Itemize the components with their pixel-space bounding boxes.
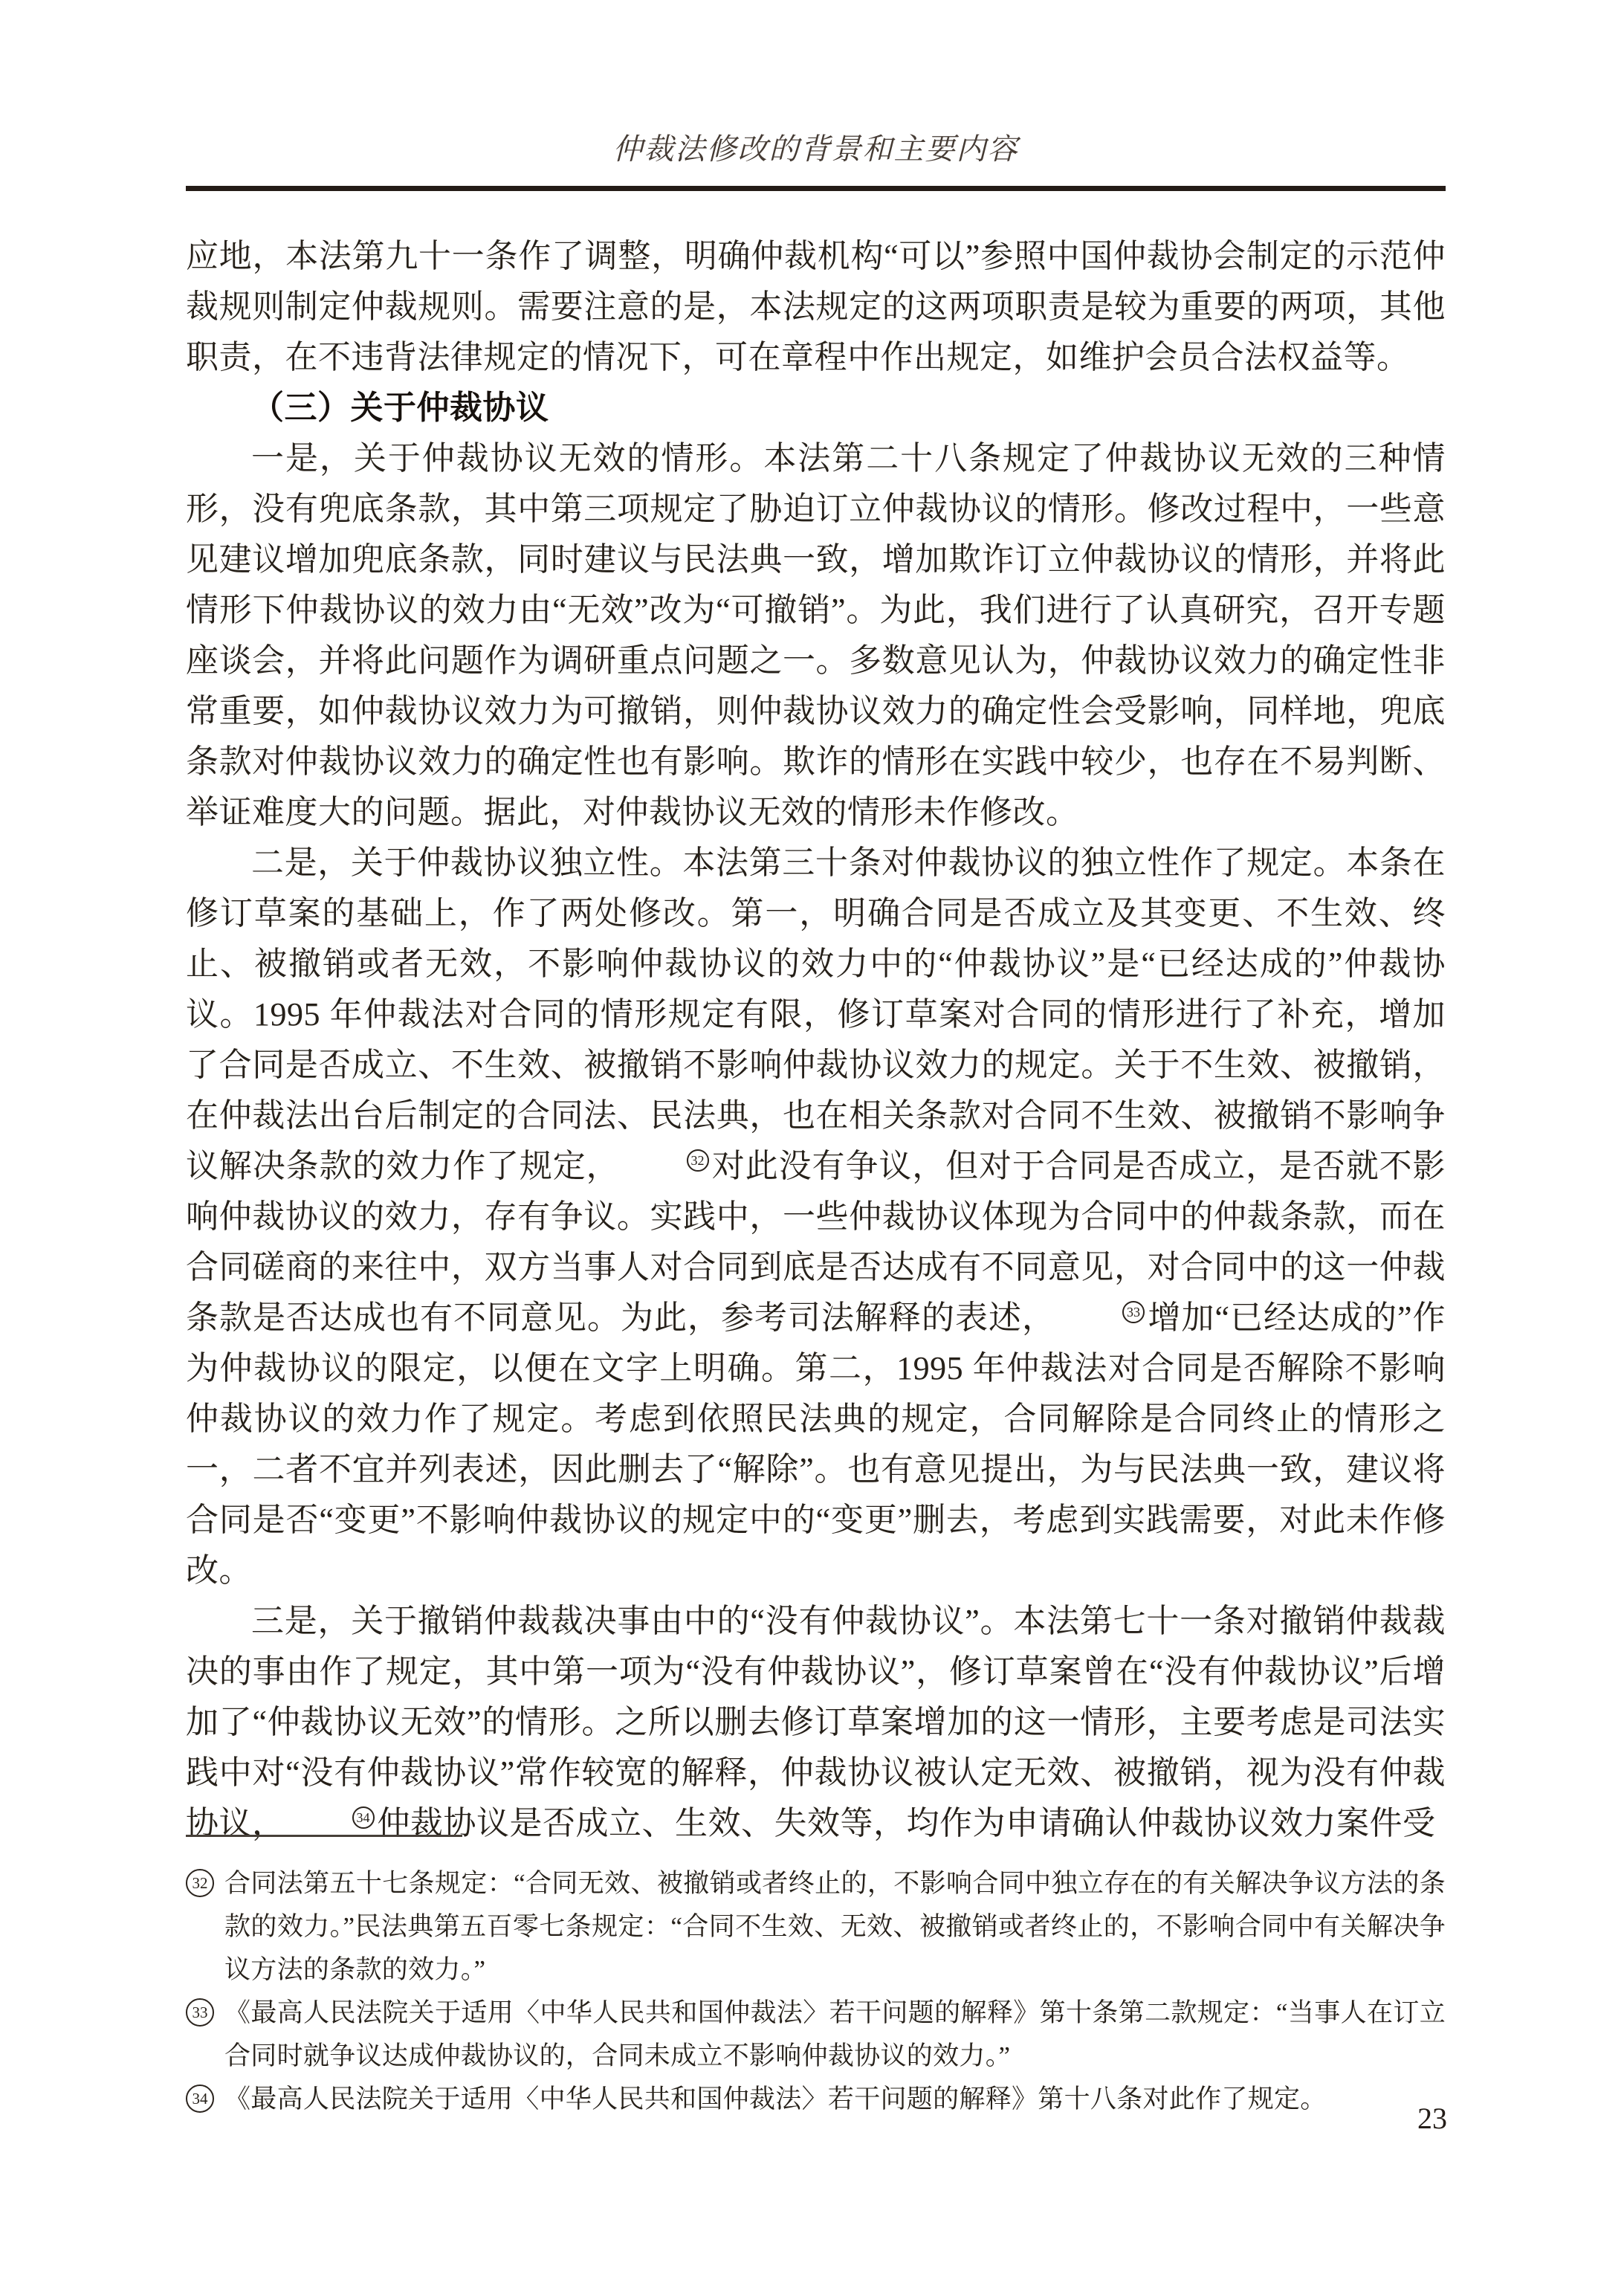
paragraph-text: 增加“已经达成的”作为仲裁协议的限定，以便在文字上明确。第二，1995 年仲裁法… bbox=[186, 1299, 1446, 1589]
footnote-marker-32: 32 bbox=[186, 1869, 214, 1897]
paragraph-first-point: 一是，关于仲裁协议无效的情形。本法第二十八条规定了仲裁协议无效的三种情形，没有兜… bbox=[186, 433, 1446, 838]
running-header-title: 仲裁法修改的背景和主要内容 bbox=[186, 132, 1446, 167]
footnote-33: 33 《最高人民法院关于适用〈中华人民共和国仲裁法〉若干问题的解释》第十条第二款… bbox=[186, 1992, 1446, 2078]
footnote-divider bbox=[186, 1835, 462, 1837]
document-page: 仲裁法修改的背景和主要内容 应地，本法第九十一条作了调整，明确仲裁机构“可以”参… bbox=[0, 0, 1624, 2283]
circled-number-33: 33 bbox=[1122, 1301, 1145, 1323]
page-header: 仲裁法修改的背景和主要内容 bbox=[186, 132, 1446, 191]
header-divider bbox=[186, 186, 1446, 191]
section-heading: （三）关于仲裁协议 bbox=[186, 383, 1446, 433]
footnote-list: 32 合同法第五十七条规定：“合同无效、被撤销或者终止的，不影响合同中独立存在的… bbox=[186, 1862, 1446, 2121]
paragraph-third-point: 三是，关于撤销仲裁裁决事由中的“没有仲裁协议”。本法第七十一条对撤销仲裁裁决的事… bbox=[186, 1596, 1446, 1849]
footnote-text-32: 合同法第五十七条规定：“合同无效、被撤销或者终止的，不影响合同中独立存在的有关解… bbox=[224, 1862, 1446, 1992]
paragraph-continuation: 应地，本法第九十一条作了调整，明确仲裁机构“可以”参照中国仲裁协会制定的示范仲裁… bbox=[186, 231, 1446, 383]
footnote-section: 32 合同法第五十七条规定：“合同无效、被撤销或者终止的，不影响合同中独立存在的… bbox=[186, 1835, 1446, 2121]
footnote-ref-34: 34 bbox=[287, 1806, 375, 1829]
paragraph-text: 二是，关于仲裁协议独立性。本法第三十条对仲裁协议的独立性作了规定。本条在修订草案… bbox=[186, 845, 1446, 1184]
footnote-marker-34: 34 bbox=[186, 2085, 214, 2113]
footnote-marker-33: 33 bbox=[186, 1998, 214, 2027]
page-number: 23 bbox=[1417, 2102, 1447, 2135]
footnote-text-33: 《最高人民法院关于适用〈中华人民共和国仲裁法〉若干问题的解释》第十条第二款规定：… bbox=[224, 1992, 1446, 2078]
circled-number-32: 32 bbox=[687, 1149, 709, 1172]
circled-number-34: 34 bbox=[352, 1806, 375, 1829]
footnote-34: 34 《最高人民法院关于适用〈中华人民共和国仲裁法〉若干问题的解释》第十八条对此… bbox=[186, 2078, 1446, 2121]
footnote-ref-32: 32 bbox=[621, 1149, 709, 1172]
paragraph-second-point: 二是，关于仲裁协议独立性。本法第三十条对仲裁协议的独立性作了规定。本条在修订草案… bbox=[186, 838, 1446, 1596]
page-body: 应地，本法第九十一条作了调整，明确仲裁机构“可以”参照中国仲裁协会制定的示范仲裁… bbox=[186, 231, 1446, 1849]
footnote-ref-33: 33 bbox=[1057, 1301, 1145, 1323]
footnote-text-34: 《最高人民法院关于适用〈中华人民共和国仲裁法〉若干问题的解释》第十八条对此作了规… bbox=[224, 2078, 1446, 2121]
footnote-32: 32 合同法第五十七条规定：“合同无效、被撤销或者终止的，不影响合同中独立存在的… bbox=[186, 1862, 1446, 1992]
